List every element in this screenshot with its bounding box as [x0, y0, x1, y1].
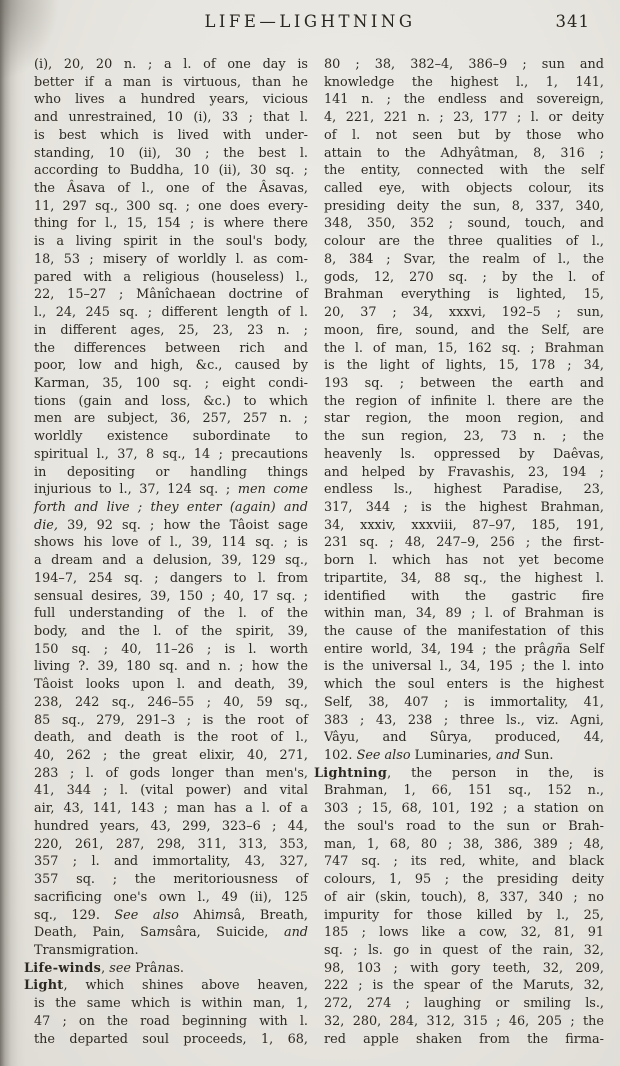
text-line: the region of infinite l. there are the [314, 393, 604, 411]
text-run: 357 ; l. and immortality, 43, 327, [34, 854, 308, 869]
text-line: Tâoist looks upon l. and death, 39, [24, 676, 308, 694]
italic-text-run: n [157, 961, 165, 976]
text-run: 47 ; on the road beginning with l. [34, 1014, 308, 1029]
text-line: standing, 10 (ii), 30 ; the best l. [24, 145, 308, 163]
text-run: the differences between rich and [34, 341, 308, 356]
text-run: 348, 350, 352 ; sound, touch, and [324, 216, 604, 231]
italic-text-run: die, [34, 518, 58, 533]
text-run: Luminaries, [411, 748, 496, 763]
running-header: LIFE—LIGHTNING 341 [0, 12, 620, 38]
text-run: 11, 297 sq., 300 sq. ; one does every- [34, 199, 308, 214]
text-run: Prâ [131, 961, 157, 976]
text-run: better if a man is virtuous, than he [34, 75, 308, 90]
text-run: of air (skin, touch), 8, 337, 340 ; no [324, 890, 604, 905]
text-run: is the universal l., 34, 195 ; the l. in… [324, 659, 604, 674]
text-line: injurious to l., 37, 124 sq. ; men come [24, 481, 308, 499]
text-line: Lightning, the person in the, is [314, 765, 604, 783]
text-run: injurious to l., 37, 124 sq. ; [34, 482, 238, 497]
text-run: in depositing or handling things [34, 465, 308, 480]
text-line: a dream and a delusion, 39, 129 sq., [24, 552, 308, 570]
text-run: the l. of man, 15, 162 sq. ; Brahman [324, 341, 604, 356]
text-line: 185 ; lows like a cow, 32, 81, 91 [314, 924, 604, 942]
text-run: sâra, Suicide, [169, 925, 284, 940]
text-run: 220, 261, 287, 298, 311, 313, 353, [34, 837, 308, 852]
italic-text-run: and [496, 748, 520, 763]
text-line: tripartite, 34, 88 sq., the highest l. [314, 570, 604, 588]
text-line: is the same which is within man, 1, [24, 995, 308, 1013]
text-line: in different ages, 25, 23, 23 n. ; [24, 322, 308, 340]
text-line: Vâyu, and Sûrya, produced, 44, [314, 729, 604, 747]
text-line: presiding deity the sun, 8, 337, 340, [314, 198, 604, 216]
text-run: endless ls., highest Paradise, 23, [324, 482, 604, 497]
text-line: 22, 15–27 ; Mânîchaean doctrine of [24, 286, 308, 304]
text-line: 80 ; 38, 382–4, 386–9 ; sun and [314, 56, 604, 74]
text-run: living ?. 39, 180 sq. and n. ; how the [34, 659, 308, 674]
text-run: sq., 129. [34, 908, 114, 923]
text-run: 32, 280, 284, 312, 315 ; 46, 205 ; the [324, 1014, 604, 1029]
text-line: 98, 103 ; with gory teeth, 32, 209, [314, 960, 604, 978]
text-line: the cause of the manifestation of this [314, 623, 604, 641]
text-line: Self, 38, 407 ; is immortality, 41, [314, 694, 604, 712]
text-line: pared with a religious (houseless) l., [24, 269, 308, 287]
text-run: 193 sq. ; between the earth and [324, 376, 604, 391]
text-line: of l. not seen but by those who [314, 127, 604, 145]
header-title: LIFE—LIGHTNING [0, 12, 620, 31]
text-line: death, and death is the root of l., [24, 729, 308, 747]
text-line: 20, 37 ; 34, xxxvi, 192–5 ; sun, [314, 304, 604, 322]
italic-text-run: men come [238, 482, 308, 497]
text-run: 283 ; l. of gods longer than men's, [34, 766, 308, 781]
entry-headword: Light [24, 978, 64, 993]
text-line: the departed soul proceeds, 1, 68, [24, 1031, 308, 1049]
text-line: 222 ; is the spear of the Maruts, 32, [314, 977, 604, 995]
italic-text-run: and [284, 925, 308, 940]
text-run: 357 sq. ; the meritoriousness of [34, 872, 308, 887]
text-run: a Self [563, 642, 604, 657]
text-run: gods, 12, 270 sq. ; by the l. of [324, 270, 604, 285]
text-line: men are subject, 36, 257, 257 n. ; [24, 410, 308, 428]
text-line: entire world, 34, 194 ; the prâgña Self [314, 641, 604, 659]
text-line: is a living spirit in the soul's body, [24, 233, 308, 251]
text-run: 303 ; 15, 68, 101, 192 ; a station on [324, 801, 604, 816]
text-run: 39, 92 sq. ; how the Tâoist sage [58, 518, 308, 533]
text-line: 47 ; on the road beginning with l. [24, 1013, 308, 1031]
text-run: 272, 274 ; laughing or smiling ls., [324, 996, 604, 1011]
text-run: identified with the gastric fire [324, 589, 604, 604]
text-line: air, 43, 141, 143 ; man has a l. of a [24, 800, 308, 818]
text-line: the l. of man, 15, 162 sq. ; Brahman [314, 340, 604, 358]
text-run: the soul's road to the sun or Brah- [324, 819, 604, 834]
text-line: 150 sq. ; 40, 11–26 ; is l. worth [24, 641, 308, 659]
text-run: 141 n. ; the endless and sovereign, [324, 92, 604, 107]
text-run: tripartite, 34, 88 sq., the highest l. [324, 571, 604, 586]
text-line: 40, 262 ; the great elixir, 40, 271, [24, 747, 308, 765]
text-run: 383 ; 43, 238 ; three ls., viz. Agni, [324, 713, 604, 728]
text-run: (i), 20, 20 n. ; a l. of one day is [34, 57, 308, 72]
page-number: 341 [556, 12, 591, 31]
text-run: , the person in the, is [387, 766, 604, 781]
text-run: who lives a hundred years, vicious [34, 92, 308, 107]
text-line: sq., 129. See also Ahimsâ, Breath, [24, 907, 308, 925]
text-line: born l. which has not yet become [314, 552, 604, 570]
text-run: and unrestrained, 10 (i), 33 ; that l. [34, 110, 308, 125]
left-column: (i), 20, 20 n. ; a l. of one day isbette… [24, 56, 308, 1048]
text-run: spiritual l., 37, 8 sq., 14 ; precaution… [34, 447, 308, 462]
italic-text-run: see [109, 961, 131, 976]
text-run: Tâoist looks upon l. and death, 39, [34, 677, 308, 692]
text-line: of air (skin, touch), 8, 337, 340 ; no [314, 889, 604, 907]
text-line: 747 sq. ; its red, white, and black [314, 853, 604, 871]
text-run: 40, 262 ; the great elixir, 40, 271, [34, 748, 308, 763]
text-run: 8, 384 ; Svar, the realm of l., the [324, 252, 604, 267]
text-line: 8, 384 ; Svar, the realm of l., the [314, 251, 604, 269]
text-run: called eye, with objects colour, its [324, 181, 604, 196]
italic-text-run: See also [114, 908, 178, 923]
text-run: 317, 344 ; is the highest Brahman, [324, 500, 604, 515]
text-line: which the soul enters is the highest [314, 676, 604, 694]
text-line: star region, the moon region, and [314, 410, 604, 428]
text-line: tions (gain and loss, &c.) to which [24, 393, 308, 411]
text-line: sq. ; ls. go in quest of the rain, 32, [314, 942, 604, 960]
entry-headword: Life-winds [24, 961, 101, 976]
text-run: 185 ; lows like a cow, 32, 81, 91 [324, 925, 604, 940]
text-line: the differences between rich and [24, 340, 308, 358]
text-line: 317, 344 ; is the highest Brahman, [314, 499, 604, 517]
text-line: man, 1, 68, 80 ; 38, 386, 389 ; 48, [314, 836, 604, 854]
text-line: (i), 20, 20 n. ; a l. of one day is [24, 56, 308, 74]
text-line: 194–7, 254 sq. ; dangers to l. from [24, 570, 308, 588]
text-line: according to Buddha, 10 (ii), 30 sq. ; [24, 162, 308, 180]
text-run: colour are the three qualities of l., [324, 234, 604, 249]
text-line: die, 39, 92 sq. ; how the Tâoist sage [24, 517, 308, 535]
text-line: 220, 261, 287, 298, 311, 313, 353, [24, 836, 308, 854]
text-run: 22, 15–27 ; Mânîchaean doctrine of [34, 287, 308, 302]
italic-text-run: m [156, 925, 168, 940]
text-line: is the universal l., 34, 195 ; the l. in… [314, 658, 604, 676]
text-run: star region, the moon region, and [324, 411, 604, 426]
text-line: 303 ; 15, 68, 101, 192 ; a station on [314, 800, 604, 818]
text-run: 150 sq. ; 40, 11–26 ; is l. worth [34, 642, 308, 657]
text-line: Karman, 35, 100 sq. ; eight condi- [24, 375, 308, 393]
text-run: death, and death is the root of l., [34, 730, 308, 745]
text-line: called eye, with objects colour, its [314, 180, 604, 198]
text-line: 348, 350, 352 ; sound, touch, and [314, 215, 604, 233]
text-line: 34, xxxiv, xxxviii, 87–97, 185, 191, [314, 517, 604, 535]
text-run: red apple shaken from the firma- [324, 1032, 604, 1047]
text-line: is best which is lived with under- [24, 127, 308, 145]
text-run: presiding deity the sun, 8, 337, 340, [324, 199, 604, 214]
text-run: according to Buddha, 10 (ii), 30 sq. ; [34, 163, 308, 178]
text-line: heavenly ls. oppressed by Daêvas, [314, 446, 604, 464]
text-line: is the light of lights, 15, 178 ; 34, [314, 357, 604, 375]
text-line: 4, 221, 221 n. ; 23, 177 ; l. or deity [314, 109, 604, 127]
text-line: red apple shaken from the firma- [314, 1031, 604, 1049]
text-run: the Âsava of l., one of the Âsavas, [34, 181, 308, 196]
italic-text-run: m [215, 908, 227, 923]
italic-text-run: forth and live ; they enter (again) and [34, 500, 308, 515]
text-run: Transmigration. [34, 943, 139, 958]
text-line: 357 ; l. and immortality, 43, 327, [24, 853, 308, 871]
text-line: 357 sq. ; the meritoriousness of [24, 871, 308, 889]
text-line: 238, 242 sq., 246–55 ; 40, 59 sq., [24, 694, 308, 712]
text-line: the sun region, 23, 73 n. ; the [314, 428, 604, 446]
italic-text-run: See also [357, 748, 411, 763]
text-run: the region of infinite l. there are the [324, 394, 604, 409]
text-line: Light, which shines above heaven, [24, 977, 308, 995]
text-run: the departed soul proceeds, 1, 68, [34, 1032, 308, 1047]
text-run: tions (gain and loss, &c.) to which [34, 394, 308, 409]
text-run: moon, fire, sound, and the Self, are [324, 323, 604, 338]
text-line: attain to the Adhyâtman, 8, 316 ; [314, 145, 604, 163]
text-line: l., 24, 245 sq. ; different length of l. [24, 304, 308, 322]
text-run: Ahi [179, 908, 215, 923]
text-run: 80 ; 38, 382–4, 386–9 ; sun and [324, 57, 604, 72]
text-run: the entity, connected with the self [324, 163, 604, 178]
text-line: who lives a hundred years, vicious [24, 91, 308, 109]
text-line: poor, low and high, &c., caused by [24, 357, 308, 375]
text-run: 231 sq. ; 48, 247–9, 256 ; the first- [324, 535, 604, 550]
text-run: Self, 38, 407 ; is immortality, 41, [324, 695, 604, 710]
text-line: 193 sq. ; between the earth and [314, 375, 604, 393]
text-line: moon, fire, sound, and the Self, are [314, 322, 604, 340]
text-run: entire world, 34, 194 ; the prâ [324, 642, 546, 657]
book-page: LIFE—LIGHTNING 341 (i), 20, 20 n. ; a l.… [0, 0, 620, 1066]
text-run: air, 43, 141, 143 ; man has a l. of a [34, 801, 308, 816]
text-run: colours, 1, 95 ; the presiding deity [324, 872, 604, 887]
text-line: 141 n. ; the endless and sovereign, [314, 91, 604, 109]
text-run: heavenly ls. oppressed by Daêvas, [324, 447, 604, 462]
text-run: sq. ; ls. go in quest of the rain, 32, [324, 943, 604, 958]
text-run: sensual desires, 39, 150 ; 40, 17 sq. ; [34, 589, 308, 604]
text-run: 34, xxxiv, xxxviii, 87–97, 185, 191, [324, 518, 604, 533]
text-line: colour are the three qualities of l., [314, 233, 604, 251]
text-line: Transmigration. [24, 942, 308, 960]
text-run: 18, 53 ; misery of worldly l. as com- [34, 252, 308, 267]
text-run: 98, 103 ; with gory teeth, 32, 209, [324, 961, 604, 976]
text-line: 383 ; 43, 238 ; three ls., viz. Agni, [314, 712, 604, 730]
text-run: 194–7, 254 sq. ; dangers to l. from [34, 571, 308, 586]
text-run: l., 24, 245 sq. ; different length of l. [34, 305, 308, 320]
text-run: poor, low and high, &c., caused by [34, 358, 308, 373]
text-line: 85 sq., 279, 291–3 ; is the root of [24, 712, 308, 730]
text-run: 20, 37 ; 34, xxxvi, 192–5 ; sun, [324, 305, 604, 320]
text-line: body, and the l. of the spirit, 39, [24, 623, 308, 641]
text-run: knowledge the highest l., 1, 141, [324, 75, 604, 90]
text-line: the Âsava of l., one of the Âsavas, [24, 180, 308, 198]
text-line: colours, 1, 95 ; the presiding deity [314, 871, 604, 889]
text-line: Life-winds, see Prânas. [24, 960, 308, 978]
entry-headword: Lightning [314, 766, 387, 781]
text-run: as. [166, 961, 184, 976]
text-line: 32, 280, 284, 312, 315 ; 46, 205 ; the [314, 1013, 604, 1031]
text-line: thing for l., 15, 154 ; is where there [24, 215, 308, 233]
text-run: , which shines above heaven, [64, 978, 308, 993]
text-run: pared with a religious (houseless) l., [34, 270, 308, 285]
text-line: gods, 12, 270 sq. ; by the l. of [314, 269, 604, 287]
text-run: Death, Pain, Sa [34, 925, 156, 940]
text-line: full understanding of the l. of the [24, 605, 308, 623]
text-line: sensual desires, 39, 150 ; 40, 17 sq. ; [24, 588, 308, 606]
text-line: better if a man is virtuous, than he [24, 74, 308, 92]
text-line: shows his love of l., 39, 114 sq. ; is [24, 534, 308, 552]
text-run: is the same which is within man, 1, [34, 996, 308, 1011]
text-run: and helped by Fravashis, 23, 194 ; [324, 465, 604, 480]
text-run: the sun region, 23, 73 n. ; the [324, 429, 604, 444]
text-run: is the light of lights, 15, 178 ; 34, [324, 358, 604, 373]
text-line: 18, 53 ; misery of worldly l. as com- [24, 251, 308, 269]
text-run: 238, 242 sq., 246–55 ; 40, 59 sq., [34, 695, 308, 710]
text-run: 102. [324, 748, 357, 763]
text-run: of l. not seen but by those who [324, 128, 604, 143]
text-line: spiritual l., 37, 8 sq., 14 ; precaution… [24, 446, 308, 464]
text-run: thing for l., 15, 154 ; is where there [34, 216, 308, 231]
text-run: the cause of the manifestation of this [324, 624, 604, 639]
text-line: within man, 34, 89 ; l. of Brahman is [314, 605, 604, 623]
text-run: Vâyu, and Sûrya, produced, 44, [324, 730, 604, 745]
text-line: the soul's road to the sun or Brah- [314, 818, 604, 836]
text-run: hundred years, 43, 299, 323–6 ; 44, [34, 819, 308, 834]
text-run: 41, 344 ; l. (vital power) and vital [34, 783, 308, 798]
text-line: forth and live ; they enter (again) and [24, 499, 308, 517]
text-line: hundred years, 43, 299, 323–6 ; 44, [24, 818, 308, 836]
text-line: Brahman everything is lighted, 15, [314, 286, 604, 304]
text-line: and unrestrained, 10 (i), 33 ; that l. [24, 109, 308, 127]
text-run: 747 sq. ; its red, white, and black [324, 854, 604, 869]
text-line: the entity, connected with the self [314, 162, 604, 180]
text-run: body, and the l. of the spirit, 39, [34, 624, 308, 639]
text-line: endless ls., highest Paradise, 23, [314, 481, 604, 499]
text-line: 272, 274 ; laughing or smiling ls., [314, 995, 604, 1013]
text-run: standing, 10 (ii), 30 ; the best l. [34, 146, 308, 161]
text-run: Sun. [520, 748, 553, 763]
text-line: worldly existence subordinate to [24, 428, 308, 446]
text-run: attain to the Adhyâtman, 8, 316 ; [324, 146, 604, 161]
text-line: 102. See also Luminaries, and Sun. [314, 747, 604, 765]
book-gutter-shadow [0, 0, 26, 1066]
text-line: and helped by Fravashis, 23, 194 ; [314, 464, 604, 482]
text-line: knowledge the highest l., 1, 141, [314, 74, 604, 92]
text-run: full understanding of the l. of the [34, 606, 308, 621]
text-run: 222 ; is the spear of the Maruts, 32, [324, 978, 604, 993]
text-run: sâ, Breath, [227, 908, 308, 923]
text-run: within man, 34, 89 ; l. of Brahman is [324, 606, 604, 621]
italic-text-run: gñ [546, 642, 562, 657]
text-line: living ?. 39, 180 sq. and n. ; how the [24, 658, 308, 676]
text-line: impurity for those killed by l., 25, [314, 907, 604, 925]
text-run: sacrificing one's own l., 49 (ii), 125 [34, 890, 308, 905]
text-run: which the soul enters is the highest [324, 677, 604, 692]
text-run: Brahman everything is lighted, 15, [324, 287, 604, 302]
text-run: impurity for those killed by l., 25, [324, 908, 604, 923]
text-line: sacrificing one's own l., 49 (ii), 125 [24, 889, 308, 907]
text-line: Death, Pain, Samsâra, Suicide, and [24, 924, 308, 942]
text-run: man, 1, 68, 80 ; 38, 386, 389 ; 48, [324, 837, 604, 852]
text-run: a dream and a delusion, 39, 129 sq., [34, 553, 308, 568]
text-run: is best which is lived with under- [34, 128, 308, 143]
text-line: 11, 297 sq., 300 sq. ; one does every- [24, 198, 308, 216]
text-line: Brahman, 1, 66, 151 sq., 152 n., [314, 782, 604, 800]
text-line: identified with the gastric fire [314, 588, 604, 606]
text-run: worldly existence subordinate to [34, 429, 308, 444]
text-line: 231 sq. ; 48, 247–9, 256 ; the first- [314, 534, 604, 552]
text-run: is a living spirit in the soul's body, [34, 234, 308, 249]
text-line: 41, 344 ; l. (vital power) and vital [24, 782, 308, 800]
text-run: 85 sq., 279, 291–3 ; is the root of [34, 713, 308, 728]
text-run: in different ages, 25, 23, 23 n. ; [34, 323, 308, 338]
text-run: Karman, 35, 100 sq. ; eight condi- [34, 376, 308, 391]
text-run: shows his love of l., 39, 114 sq. ; is [34, 535, 308, 550]
text-run: men are subject, 36, 257, 257 n. ; [34, 411, 308, 426]
text-run: born l. which has not yet become [324, 553, 604, 568]
right-column: 80 ; 38, 382–4, 386–9 ; sun andknowledge… [314, 56, 604, 1048]
text-run: Brahman, 1, 66, 151 sq., 152 n., [324, 783, 604, 798]
text-line: in depositing or handling things [24, 464, 308, 482]
text-run: 4, 221, 221 n. ; 23, 177 ; l. or deity [324, 110, 604, 125]
text-line: 283 ; l. of gods longer than men's, [24, 765, 308, 783]
